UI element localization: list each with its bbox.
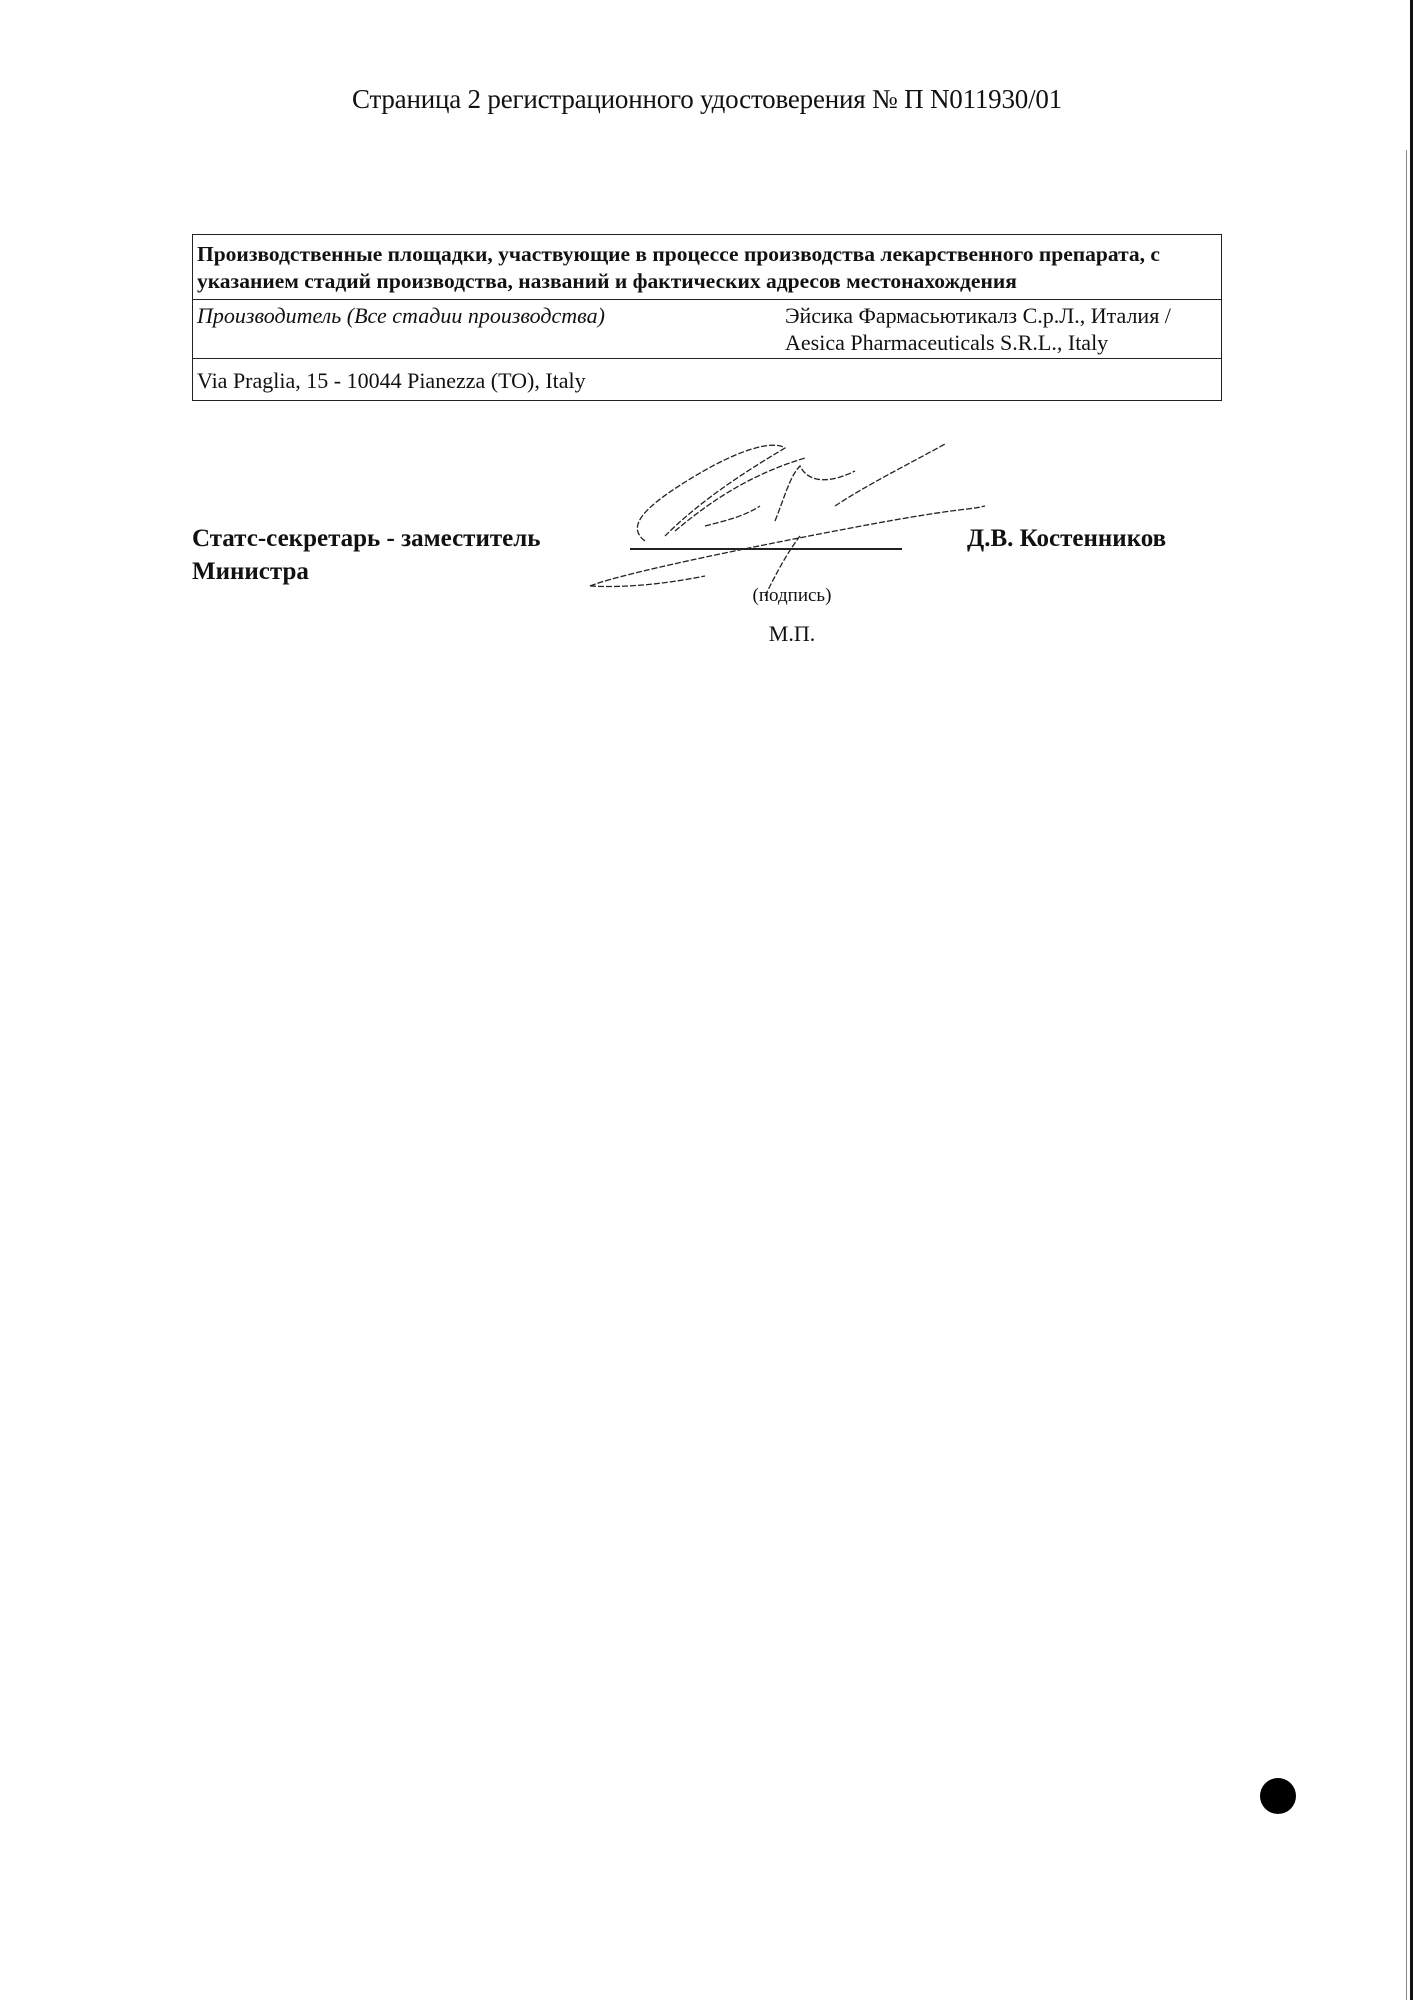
page-header: Страница 2 регистрационного удостоверени…	[0, 84, 1414, 115]
scan-edge-shadow	[1406, 150, 1407, 2000]
table-heading: Производственные площадки, участвующие в…	[193, 235, 1222, 300]
official-title-line2: Министра	[192, 555, 541, 588]
manufacturer-name-ru: Эйсика Фармасьютикалз С.р.Л., Италия /	[785, 302, 1217, 329]
punch-hole-mark	[1260, 1778, 1296, 1814]
official-title-line1: Статс-секретарь - заместитель	[192, 522, 541, 555]
table-row: Производитель (Все стадии производства) …	[193, 300, 1222, 359]
manufacturing-sites-table: Производственные площадки, участвующие в…	[192, 234, 1222, 401]
table-row: Via Praglia, 15 - 10044 Pianezza (TO), I…	[193, 359, 1222, 401]
manufacturer-role: Производитель (Все стадии производства)	[193, 300, 782, 359]
scan-edge-line	[1410, 0, 1413, 2000]
signature-caption: (подпись)	[722, 585, 862, 607]
official-title: Статс-секретарь - заместитель Министра	[192, 522, 541, 588]
manufacturer-name: Эйсика Фармасьютикалз С.р.Л., Италия / A…	[781, 300, 1222, 359]
signature-line	[630, 548, 902, 550]
table-header-row: Производственные площадки, участвующие в…	[193, 235, 1222, 300]
seal-mark: М.П.	[722, 621, 862, 647]
manufacturer-name-en: Aesica Pharmaceuticals S.R.L., Italy	[785, 329, 1217, 356]
official-name: Д.В. Костенников	[967, 522, 1166, 555]
manufacturer-address: Via Praglia, 15 - 10044 Pianezza (TO), I…	[193, 359, 1222, 401]
signature-block: Статс-секретарь - заместитель Министра Д…	[192, 522, 1222, 642]
